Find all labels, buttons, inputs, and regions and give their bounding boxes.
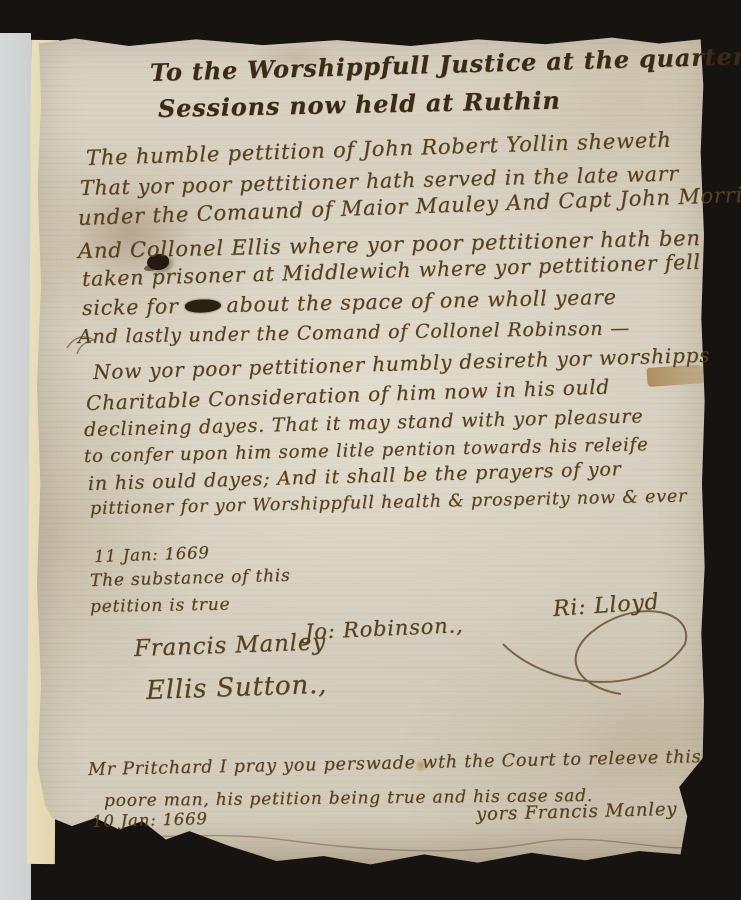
docket-date: 11 Jan: 1669 <box>94 543 210 566</box>
petition-body-text: sicke for <box>82 294 179 320</box>
signature-flourish <box>503 611 686 694</box>
foxing-patch <box>575 676 720 801</box>
crossed-out-word <box>184 298 221 313</box>
manuscript-scan: To the Worshippfull Justice at the quart… <box>0 0 741 900</box>
signature-ellis-sutton: Ellis Sutton., <box>145 670 327 706</box>
bottom-crease-line <box>39 831 703 851</box>
endorsement-date: 10 Jan: 1669 <box>92 809 208 831</box>
docket-note-line: petition is true <box>90 595 231 617</box>
